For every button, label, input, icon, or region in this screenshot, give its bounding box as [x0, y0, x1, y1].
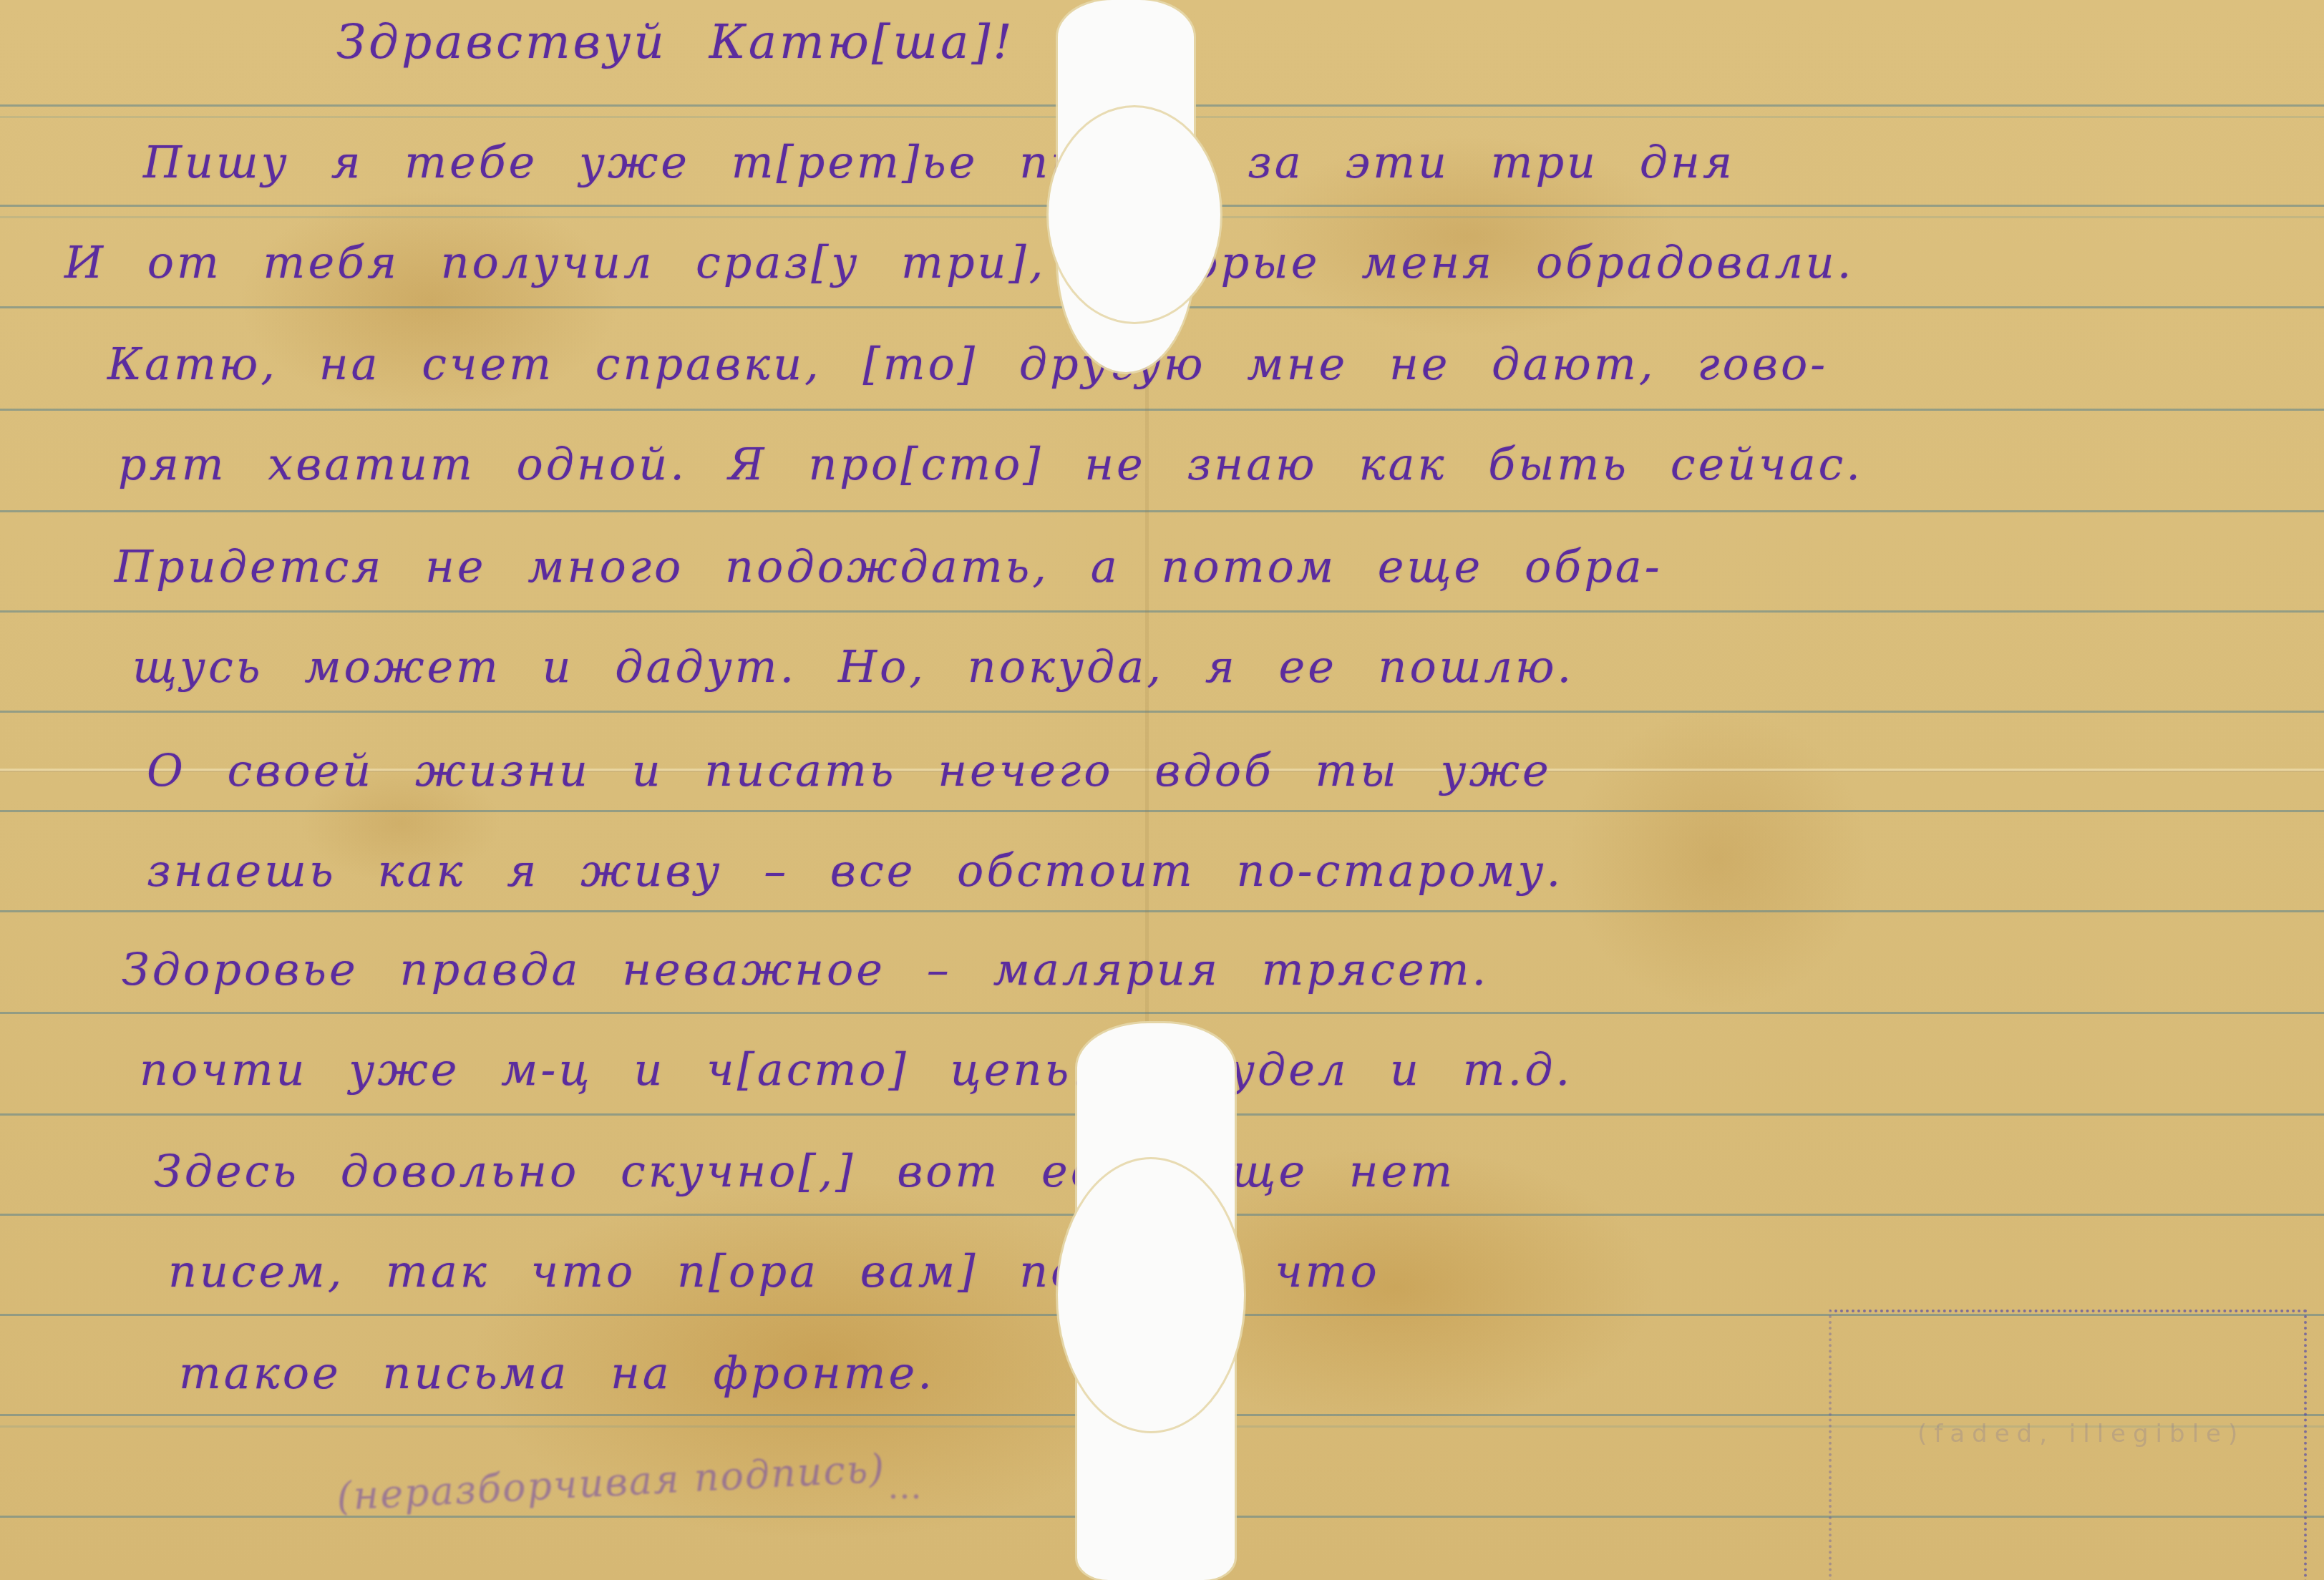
marginal-mark: …: [888, 1467, 922, 1507]
letter-line-5: Придется не много подождать, а потом еще…: [115, 540, 1663, 592]
ruled-line: [0, 1012, 2324, 1014]
postal-stamp-frame: (faded, illegible): [1829, 1310, 2307, 1580]
letter-line-11: Здесь довольно скучно[,] вот если еще не…: [154, 1145, 1455, 1197]
ruled-line: [0, 409, 2324, 411]
letter-line-9: Здоровье правда неважное – малярия трясе…: [122, 943, 1489, 995]
letter-line-3: Катю, на счет справки, [то] другую мне н…: [107, 338, 1828, 390]
paper-tear-bottom-wide: [1058, 1159, 1244, 1431]
ruled-line: [0, 711, 2324, 713]
letter-line-8: знаешь как я живу – все обстоит по-старо…: [147, 844, 1563, 897]
letter-line-4: рят хватит одной. Я про[сто] не знаю как…: [118, 438, 1863, 490]
letter-line-1: Пишу я тебе уже т[рет]ье письмо за эти т…: [143, 136, 1735, 188]
letter-line-10: почти уже м-ц и ч[асто] цепь. Похудел и …: [140, 1043, 1572, 1096]
paper-tear-top-wide: [1049, 107, 1220, 322]
ruled-line: [0, 610, 2324, 613]
stamp-text: (faded, illegible): [1917, 1420, 2245, 1448]
letter-line-13: такое письма на фронте.: [179, 1347, 935, 1399]
ruled-line: [0, 510, 2324, 512]
letter-line-6: щусь может и дадут. Но, покуда, я ее пош…: [132, 640, 1574, 693]
ruled-line: [0, 810, 2324, 812]
letter-greeting: Здравствуй Катю[ша]!: [336, 14, 1015, 69]
letter-line-2: И от тебя получил сраз[у три], которые м…: [64, 236, 1854, 288]
ruled-line: [0, 910, 2324, 912]
letter-line-7: О своей жизни и писать нечего вдоб ты уж…: [147, 744, 1552, 796]
